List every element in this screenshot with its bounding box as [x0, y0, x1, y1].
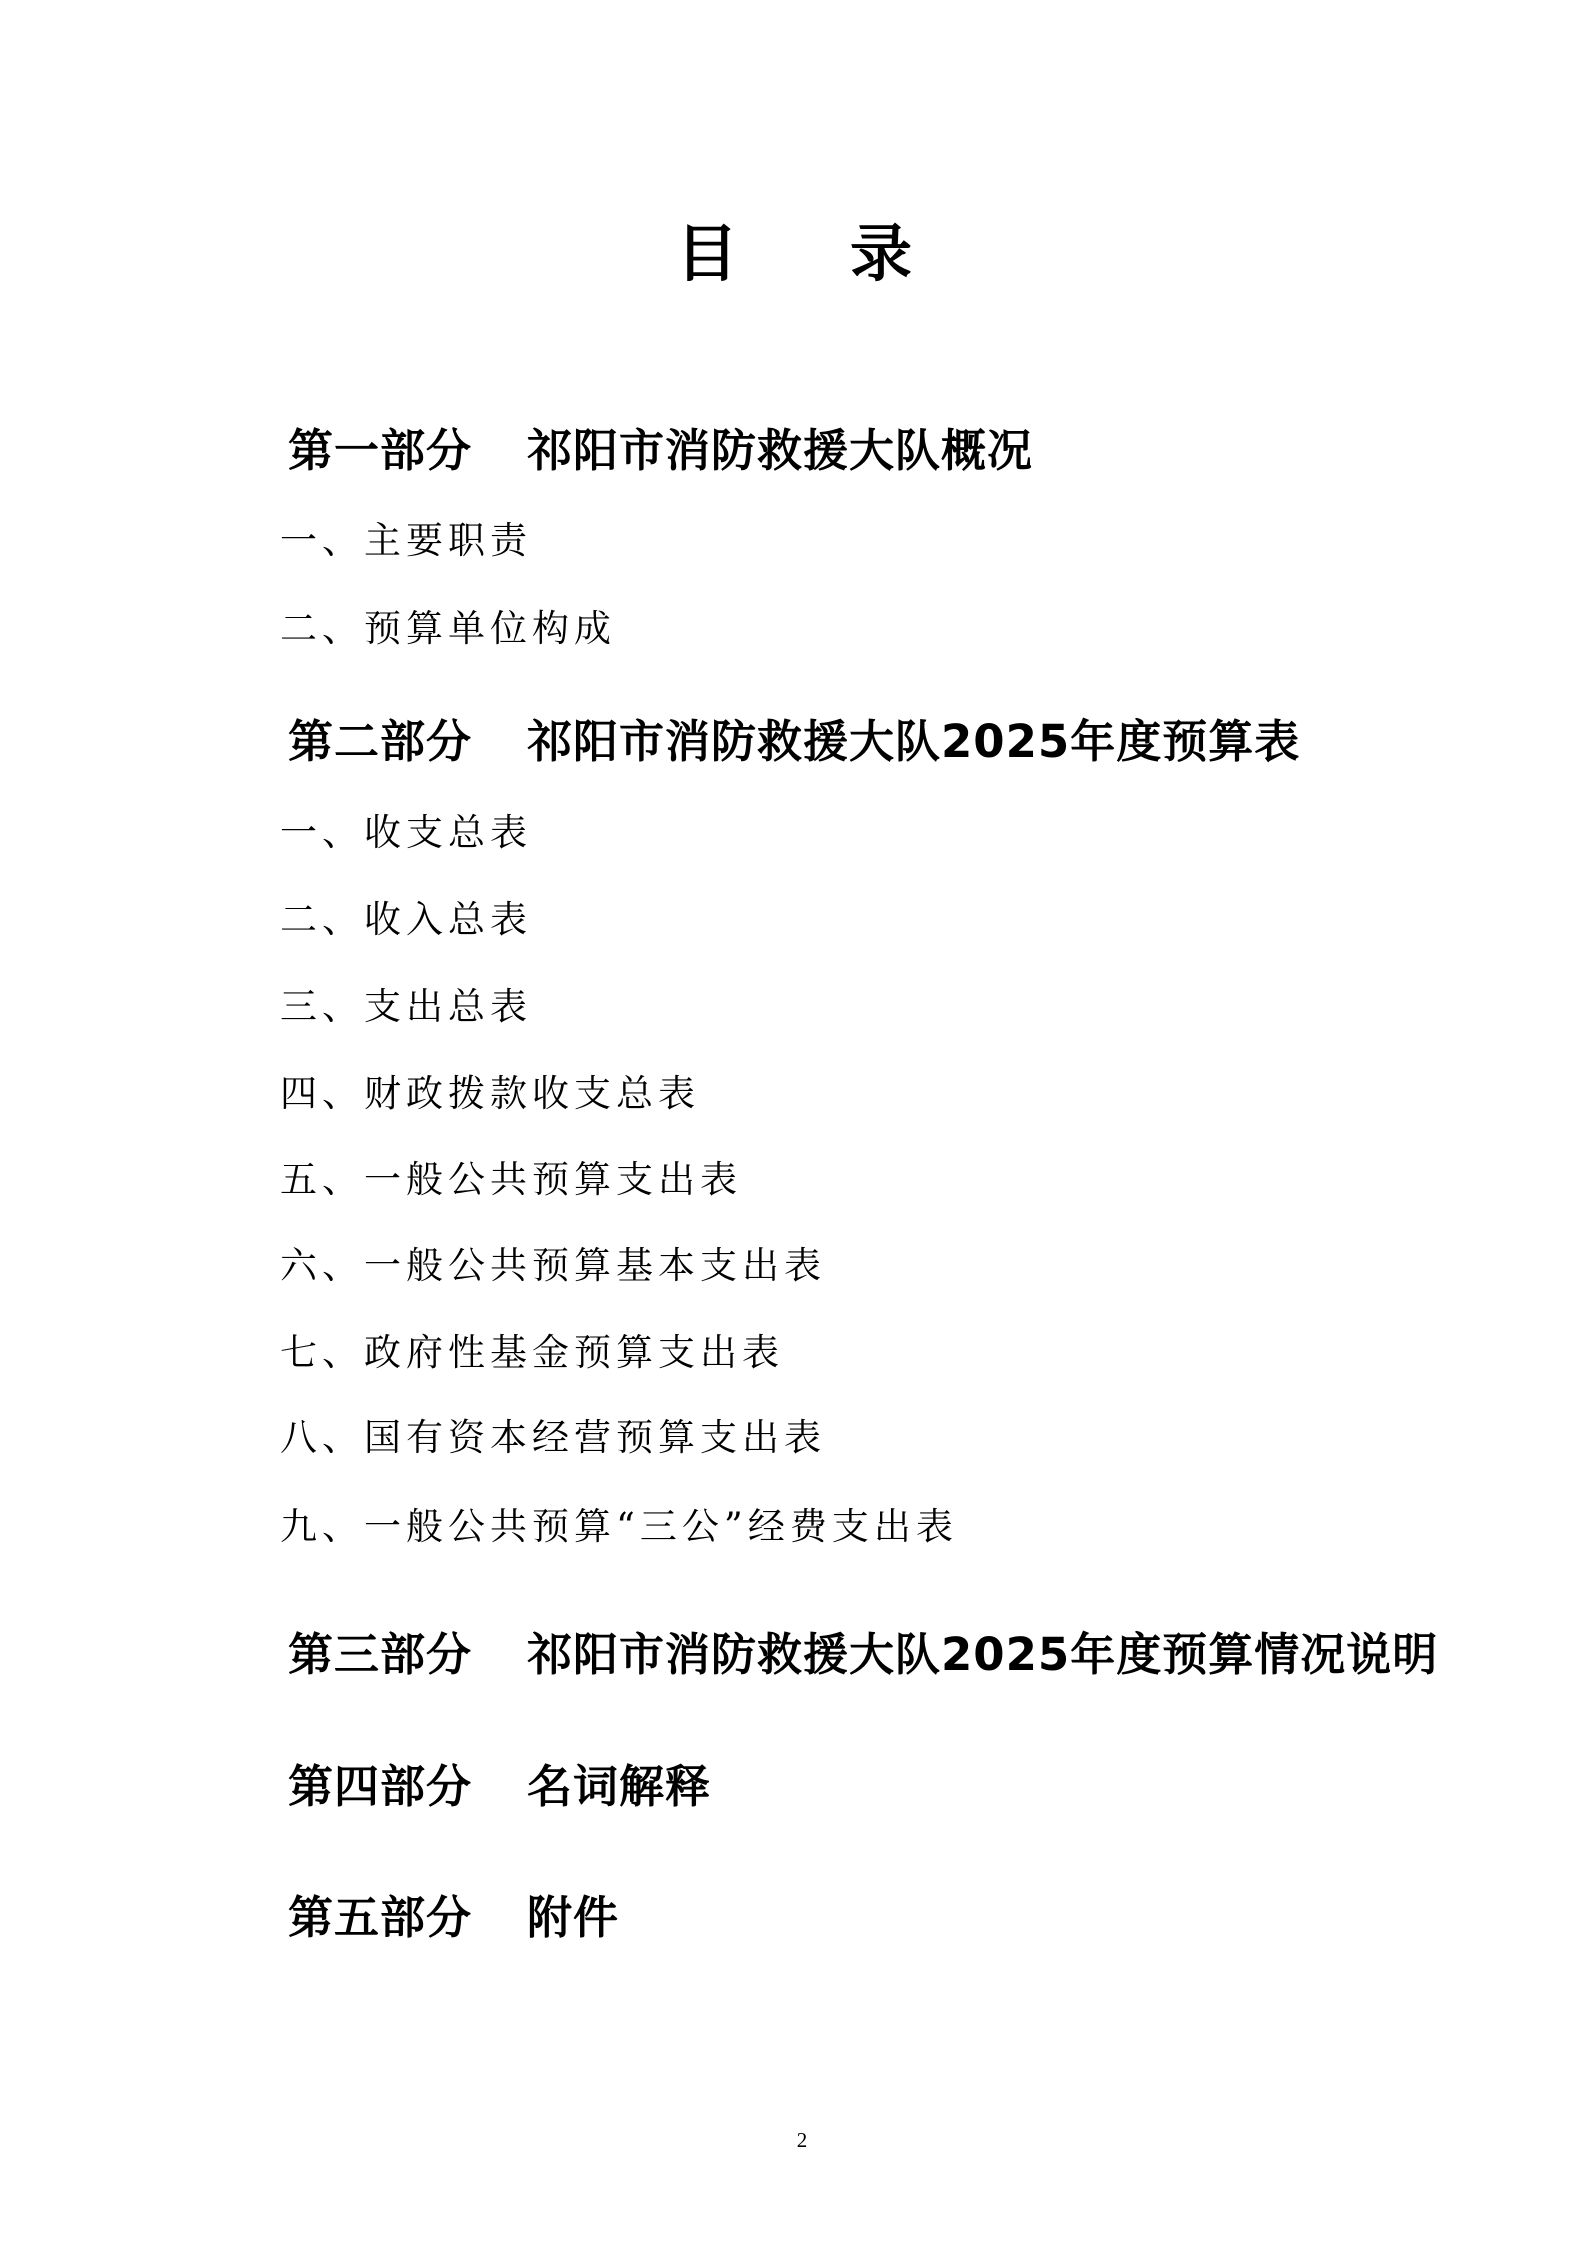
toc-item-state-capital-budget-expenditure[interactable]: 八、国有资本经营预算支出表	[280, 1413, 826, 1463]
part-label: 第二部分	[288, 712, 527, 772]
toc-item-main-duties[interactable]: 一、主要职责	[280, 516, 532, 566]
toc-part2-heading[interactable]: 第二部分祁阳市消防救援大队2025年度预算表	[288, 712, 1300, 772]
part-name: 附件	[527, 1888, 619, 1948]
toc-part5-heading[interactable]: 第五部分附件	[288, 1888, 619, 1948]
part-label: 第五部分	[288, 1888, 527, 1948]
toc-part4-heading[interactable]: 第四部分名词解释	[288, 1757, 711, 1817]
toc-part3-heading[interactable]: 第三部分祁阳市消防救援大队2025年度预算情况说明	[288, 1625, 1438, 1685]
part-name: 名词解释	[527, 1757, 711, 1817]
toc-title-char-1: 目	[667, 215, 747, 293]
toc-item-expenditure-summary[interactable]: 三、支出总表	[280, 982, 532, 1032]
toc-item-budget-unit-composition[interactable]: 二、预算单位构成	[280, 604, 616, 654]
toc-item-revenue-expenditure-summary[interactable]: 一、收支总表	[280, 808, 532, 858]
toc-item-revenue-summary[interactable]: 二、收入总表	[280, 895, 532, 945]
part-name: 祁阳市消防救援大队概况	[527, 421, 1033, 481]
toc-title-char-2: 录	[841, 215, 921, 293]
part-label: 第一部分	[288, 421, 527, 481]
document-page: 目 录 第一部分祁阳市消防救援大队概况 一、主要职责 二、预算单位构成 第二部分…	[0, 0, 1588, 2245]
part-label: 第三部分	[288, 1625, 527, 1685]
toc-item-government-fund-budget-expenditure[interactable]: 七、政府性基金预算支出表	[280, 1328, 784, 1378]
toc-item-fiscal-appropriation-summary[interactable]: 四、财政拨款收支总表	[280, 1069, 700, 1119]
page-number: 2	[782, 2125, 822, 2155]
toc-item-three-public-expenditure[interactable]: 九、一般公共预算“三公”经费支出表	[280, 1502, 958, 1552]
part-label: 第四部分	[288, 1757, 527, 1817]
part-name: 祁阳市消防救援大队2025年度预算表	[527, 712, 1300, 772]
toc-part1-heading[interactable]: 第一部分祁阳市消防救援大队概况	[288, 421, 1033, 481]
toc-item-general-public-budget-expenditure[interactable]: 五、一般公共预算支出表	[280, 1155, 742, 1205]
part-name: 祁阳市消防救援大队2025年度预算情况说明	[527, 1625, 1438, 1685]
toc-item-general-public-budget-basic-expenditure[interactable]: 六、一般公共预算基本支出表	[280, 1241, 826, 1291]
